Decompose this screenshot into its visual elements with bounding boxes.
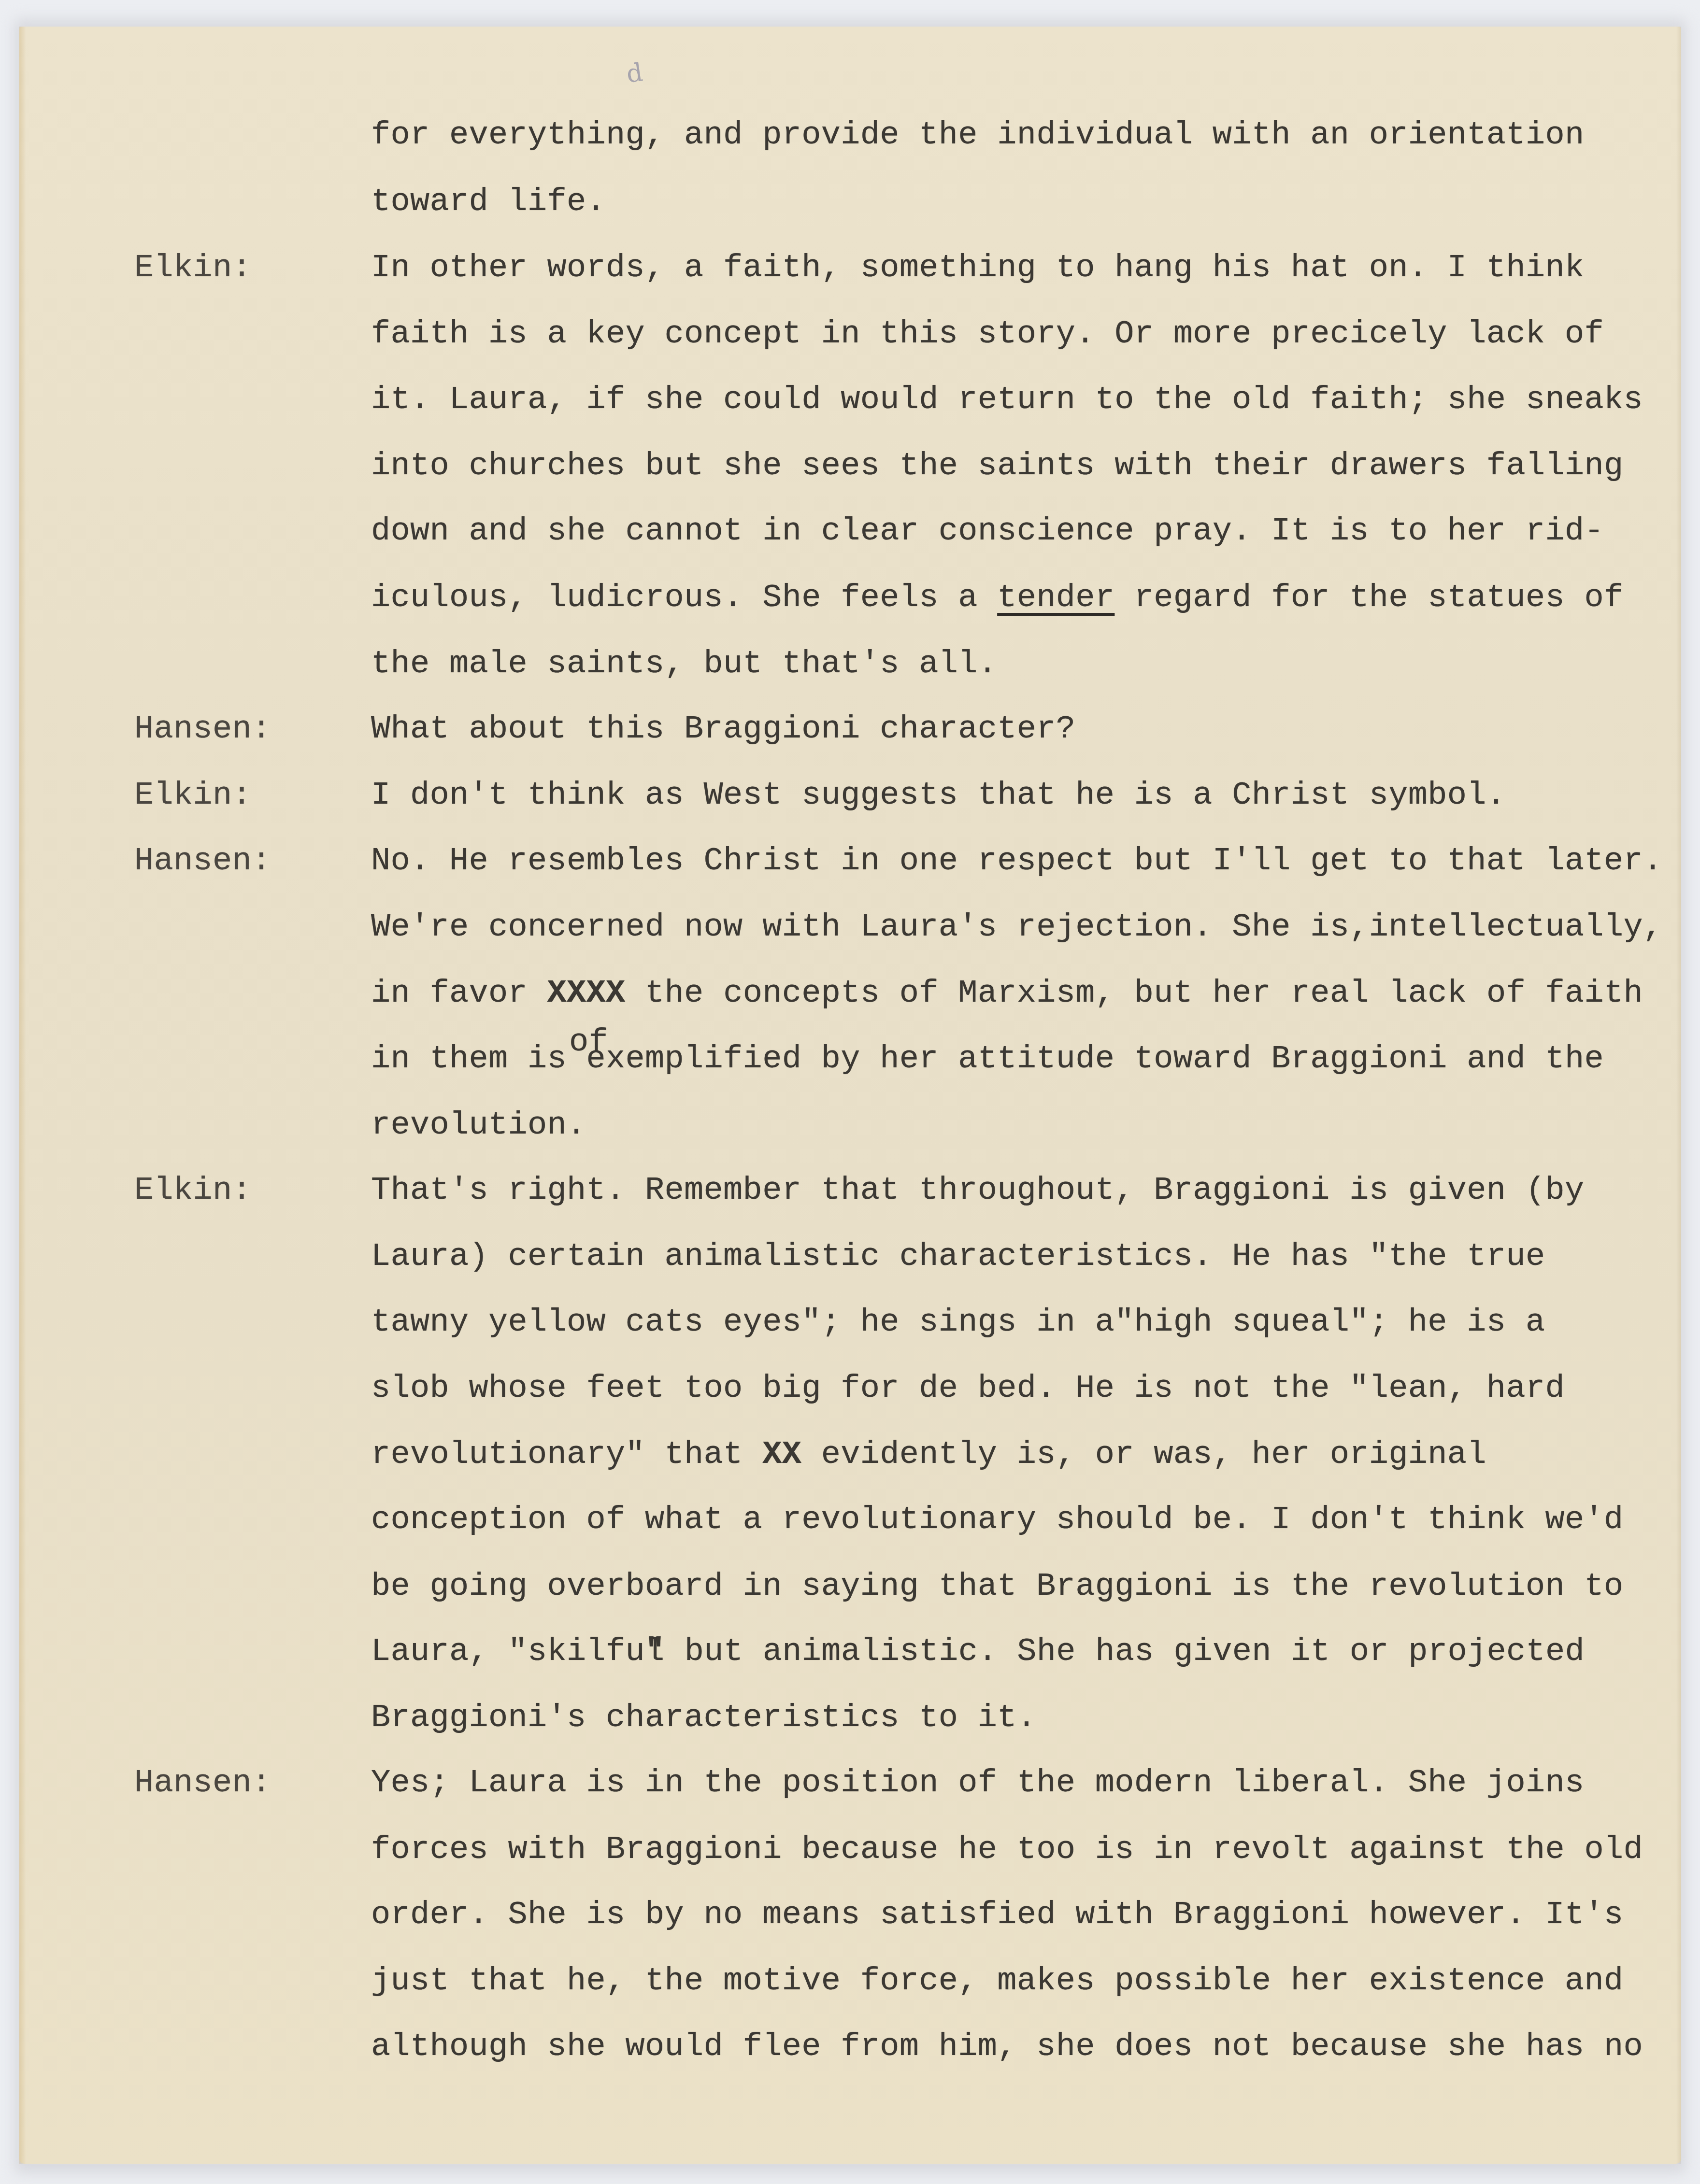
- struck-out-text: XX: [762, 1435, 801, 1474]
- body-line: although she would flee from him, she do…: [371, 2028, 1643, 2066]
- underlined-word: tender: [997, 580, 1114, 616]
- body-line: I don't think as West suggests that he i…: [371, 776, 1506, 815]
- paper-edge-left: [19, 27, 26, 2164]
- speaker-label-hansen: Hansen:: [134, 842, 271, 880]
- body-text: revolutionary" that: [371, 1436, 762, 1473]
- overstruck-quote: ": [645, 1632, 665, 1671]
- speaker-label-elkin: Elkin:: [134, 249, 252, 287]
- body-line: toward life.: [371, 183, 606, 221]
- body-line: Laura) certain animalistic characteristi…: [371, 1237, 1545, 1276]
- body-line: What about this Braggioni character?: [371, 710, 1075, 749]
- body-line: Yes; Laura is in the position of the mod…: [371, 1764, 1584, 1802]
- speaker-label-hansen: Hansen:: [134, 1764, 271, 1802]
- body-line: slob whose feet too big for de bed. He i…: [371, 1369, 1565, 1408]
- body-line: Braggioni's characteristics to it.: [371, 1699, 1036, 1737]
- body-line: forces with Braggioni because he too is …: [371, 1830, 1643, 1869]
- body-line: into churches but she sees the saints wi…: [371, 447, 1623, 485]
- body-line: in them is exemplified by her attitude t…: [371, 1040, 1604, 1078]
- body-text: evidently is, or was, her original: [801, 1436, 1486, 1473]
- body-line: faith is a key concept in this story. Or…: [371, 315, 1604, 354]
- body-line: conception of what a revolutionary shoul…: [371, 1501, 1623, 1539]
- body-text: iculous, ludicrous. She feels a: [371, 580, 997, 616]
- body-text: Laura, "skilful: [371, 1633, 665, 1670]
- body-line: order. She is by no means satisfied with…: [371, 1896, 1623, 1934]
- body-line: be going overboard in saying that Braggi…: [371, 1567, 1623, 1606]
- body-line: revolutionary" that XX evidently is, or …: [371, 1435, 1486, 1474]
- speaker-label-hansen: Hansen:: [134, 710, 271, 749]
- body-line: That's right. Remember that throughout, …: [371, 1171, 1584, 1210]
- body-line: tawny yellow cats eyes"; he sings in a"h…: [371, 1303, 1545, 1342]
- body-line: In other words, a faith, something to ha…: [371, 249, 1584, 287]
- body-text: but animalistic. She has given it or pro…: [665, 1633, 1585, 1670]
- body-text: regard for the statues of: [1114, 580, 1623, 616]
- body-line: the male saints, but that's all.: [371, 645, 997, 683]
- body-line: in favor XXXX the concepts of Marxism, b…: [371, 974, 1643, 1013]
- body-line: iculous, ludicrous. She feels a tender r…: [371, 579, 1623, 617]
- body-line: We're concerned now with Laura's rejecti…: [371, 908, 1662, 947]
- struck-out-text: XXXX: [547, 974, 626, 1013]
- body-line: for everything, and provide the individu…: [371, 116, 1584, 155]
- speaker-label-elkin: Elkin:: [134, 776, 252, 815]
- body-line: just that he, the motive force, makes po…: [371, 1962, 1623, 2000]
- paper-edge-right: [1676, 27, 1681, 2164]
- body-text: the concepts of Marxism, but her real la…: [626, 975, 1643, 1012]
- body-line: down and she cannot in clear conscience …: [371, 512, 1604, 551]
- body-line: Laura, "skilful" but animalistic. She ha…: [371, 1632, 1585, 1671]
- body-line: No. He resembles Christ in one respect b…: [371, 842, 1662, 880]
- body-line: it. Laura, if she could would return to …: [371, 381, 1643, 419]
- speaker-label-elkin: Elkin:: [134, 1171, 252, 1210]
- body-line: revolution.: [371, 1106, 586, 1145]
- body-text: in favor: [371, 975, 547, 1012]
